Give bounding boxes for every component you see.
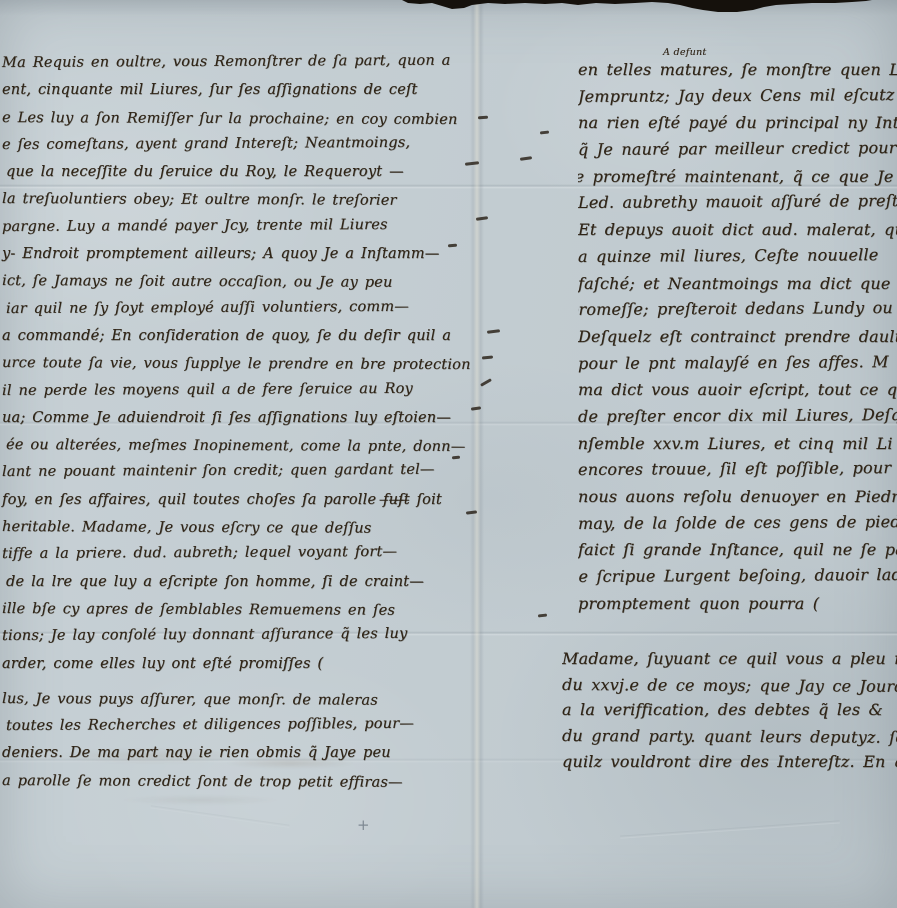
manuscript-line: Ma Requis en oultre, vous Remonſtrer de … xyxy=(2,48,454,78)
manuscript-line: pour le pnt malayſé en ſes affes. M xyxy=(578,349,897,378)
right-page-paragraph-2: Madame, ſuyuant ce quil vous a pleu meſc… xyxy=(562,646,897,774)
manuscript-line: enſemble xxv.m Liures, et cinq mil Li xyxy=(578,431,897,458)
manuscript-line: a commandé; En conſideration de quoy, ſe… xyxy=(2,323,454,350)
manuscript-photo: Ma Requis en oultre, vous Remonſtrer de … xyxy=(0,0,897,908)
manuscript-line: quilz vouldront dire des Intereſtz. En q xyxy=(562,749,897,775)
manuscript-line: ua; Comme Je aduiendroit ſi ſes aſſignat… xyxy=(2,405,454,432)
manuscript-line: q̃ Je nauré par meilleur credict pour xyxy=(578,135,897,164)
manuscript-line: tiffe a la priere. dud. aubreth; lequel … xyxy=(2,539,454,569)
cross-mark: + xyxy=(357,816,370,834)
manuscript-line: que la neceſſite du ſeruice du Roy, le R… xyxy=(2,159,454,186)
manuscript-line: toutes les Recherches et diligences poſſ… xyxy=(2,711,454,741)
manuscript-line: promptement quon pourra ( xyxy=(578,591,897,618)
interlinear-note: A defunt xyxy=(663,47,707,58)
manuscript-line: a quinze mil liures, Ceſte nouuelle xyxy=(578,242,897,271)
manuscript-line: Led. aubrethy mauoit aſſuré de preſter xyxy=(578,188,897,217)
manuscript-line: du xxvj.e de ce moys; que Jay ce Jourdhu… xyxy=(562,672,897,699)
manuscript-line: foy, en ſes affaires, quil toutes choſes… xyxy=(2,487,454,514)
manuscript-line: promeſſe; preſteroit dedans Lundy ou xyxy=(578,295,897,324)
manuscript-line: arder, come elles luy ont eſté promiſſes… xyxy=(2,651,454,678)
manuscript-line: Madame, ſuyuant ce quil vous a pleu meſc xyxy=(562,646,897,672)
manuscript-line: faict ſi grande Inſtance, quil ne ſe pa xyxy=(578,537,897,564)
manuscript-line: nous auons reſolu denuoyer en Piedmont xyxy=(578,484,897,511)
manuscript-line: na rien eſté payé du principal ny Inte xyxy=(578,110,897,137)
manuscript-line: ne ſcripue Lurgent beſoing, dauoir lad. xyxy=(578,562,897,591)
manuscript-line: Jempruntz; Jay deux Cens mil eſcutz pou xyxy=(578,82,897,111)
manuscript-line: a parolle ſe mon credict ſont de trop pe… xyxy=(2,768,454,797)
manuscript-line: may, de la ſolde de ces gens de pied, Do… xyxy=(578,509,897,538)
manuscript-line: pargne. Luy a mandé payer Jcy, trente mi… xyxy=(2,211,454,241)
manuscript-line: lant ne pouant maintenir ſon credit; que… xyxy=(2,457,454,487)
manuscript-line: ent, cinquante mil Liures, ſur ſes aſſig… xyxy=(2,77,454,104)
manuscript-line: en telles matures, ſe monſtre quen Lan M xyxy=(578,57,897,84)
manuscript-line: deniers. De ma part nay ie rien obmis q̃… xyxy=(2,740,454,767)
left-page-text: Ma Requis en oultre, vous Remonſtrer de … xyxy=(2,50,454,795)
manuscript-line: de preſter encor dix mil Liures, Deſqu xyxy=(578,402,897,431)
manuscript-line: Deſquelz eſt contrainct prendre daultr xyxy=(578,324,897,351)
manuscript-line: de la lre que luy a eſcripte ſon homme, … xyxy=(2,569,454,596)
manuscript-line: faſché; et Neantmoings ma dict que po xyxy=(578,271,897,298)
right-page-text: en telles matures, ſe monſtre quen Lan M… xyxy=(578,57,897,617)
manuscript-line: encores trouue, ſil eſt poſſible, pour p xyxy=(578,455,897,484)
manuscript-line: ma dict vous auoir eſcript, tout ce q xyxy=(578,377,897,404)
manuscript-line: tions; Je lay conſolé luy donnant aſſura… xyxy=(2,621,454,651)
manuscript-line: y- Endroit promptement ailleurs; A quoy … xyxy=(2,241,454,268)
manuscript-line: Je promeſtré maintenant, q̃ ce que Je pr… xyxy=(578,164,897,191)
manuscript-line: Et depuys auoit dict aud. malerat, quo xyxy=(578,217,897,244)
manuscript-line: e ſes comeſtans, ayent grand Intereſt; N… xyxy=(2,130,454,160)
manuscript-line: il ne perde les moyens quil a de fere ſe… xyxy=(2,375,454,405)
manuscript-line: du grand party. quant leurs deputyz. ſe xyxy=(562,723,897,750)
manuscript-line: a la veriffication, des debtes q̃ les & xyxy=(562,697,897,723)
manuscript-line: iar quil ne ſy ſoyt employé auſſi volunt… xyxy=(2,293,454,323)
